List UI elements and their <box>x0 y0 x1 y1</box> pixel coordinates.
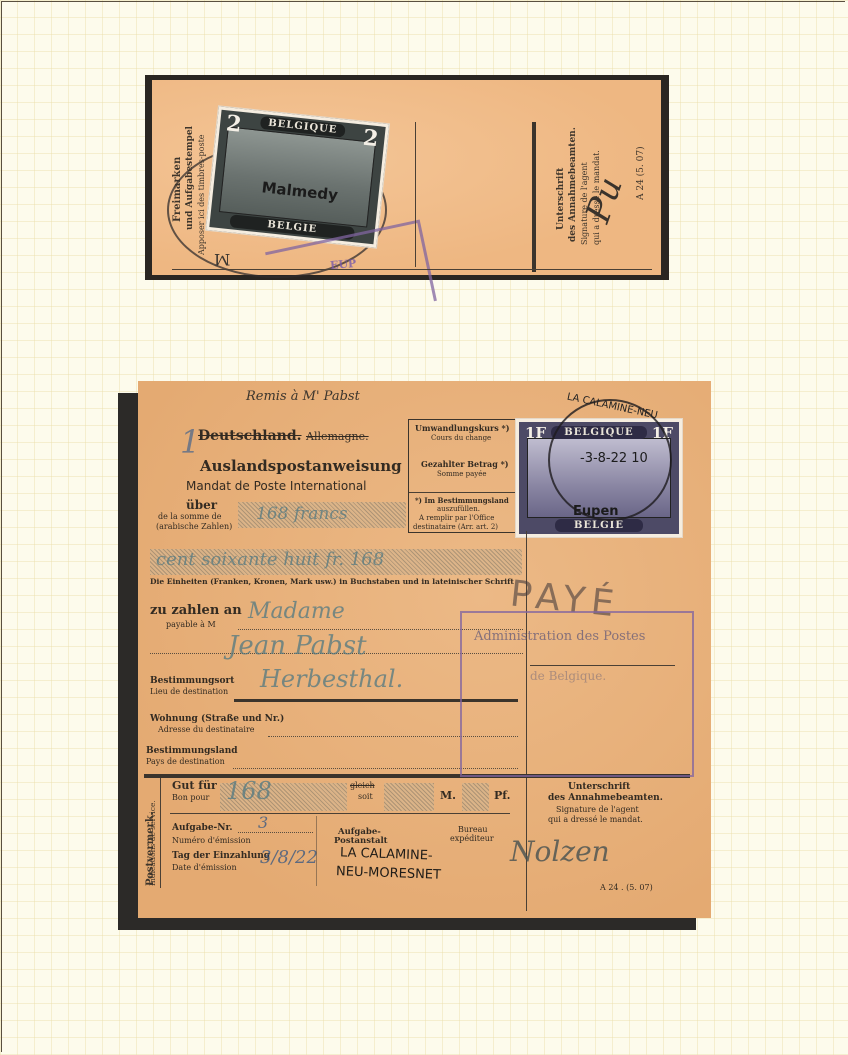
stamp-vignette <box>219 126 376 227</box>
issue-date-handwritten: 3/8/22 <box>260 847 318 868</box>
office-fr1: Bureau <box>458 825 488 834</box>
sig-fr1: Signature de l'agent <box>556 805 639 814</box>
fragment-form-code: A 24 (5. 07) <box>636 146 646 200</box>
exchange-note3: A remplir par l'Office <box>419 514 494 522</box>
country-fr: Allemagne. <box>306 430 369 443</box>
admin-cachet-line2: de Belgique. <box>530 669 606 683</box>
sig-label-de: Unterschrift <box>556 168 566 230</box>
exchange-note1: *) Im Bestimmungsland <box>415 496 509 505</box>
form-title-de: Auslandspostanweisung <box>200 457 402 475</box>
office-divider <box>316 816 317 886</box>
office-stamp-2: NEU-MORESNET <box>336 864 441 883</box>
exchange-line1-de: Umwandlungskurs *) <box>415 423 510 433</box>
sig-de1: Unterschrift <box>568 782 630 792</box>
form-code: A 24 . (5. 07) <box>600 883 653 892</box>
postmark-fragment-text: M <box>214 250 230 269</box>
stamp-value-right: 2 <box>362 125 380 152</box>
signature-rule <box>532 122 536 272</box>
destination-de: Bestimmungsort <box>150 676 234 686</box>
destination-fr: Lieu de destination <box>150 687 228 696</box>
cachet-line <box>530 665 675 666</box>
issue-no-handwritten: 3 <box>258 813 268 832</box>
exchange-line1-fr: Cours du change <box>431 434 491 442</box>
payee-handwritten-3: Herbesthal. <box>260 665 403 693</box>
address-de: Wohnung (Straße und Nr.) <box>150 714 284 724</box>
country-de: Deutschland. <box>198 428 302 444</box>
country-dest-fr: Pays de destination <box>146 757 225 766</box>
divider-line <box>415 122 416 267</box>
amount-label-fr1: de la somme de <box>158 512 222 521</box>
mark-label: M. <box>440 789 456 802</box>
amount-label-fr2: (arabische Zahlen) <box>156 522 232 531</box>
side-label-line2: und Aufgabestempel <box>185 126 195 230</box>
exchange-box: Umwandlungskurs *) Cours du change Gezah… <box>408 419 520 533</box>
amount-handwritten: 168 francs <box>256 504 348 524</box>
money-order-card: Remis à M' Pabst 1 Deutschland. Allemagn… <box>138 381 711 918</box>
amount-label-de: über <box>186 498 217 512</box>
sig-fr2: qui a dressé le mandat. <box>548 815 643 824</box>
service-side-fr: Indications de service. <box>148 800 157 886</box>
office-fr2: expéditeur <box>450 834 494 843</box>
postmark-date: -3-8-22 10 <box>580 451 648 466</box>
payee-label-fr: payable à M <box>166 620 216 629</box>
exchange-line2-de: Gezahlter Betrag *) <box>421 459 509 469</box>
issue-no-fr: Numéro d'émission <box>172 836 251 845</box>
sig-label-de2: des Annahmebeamten. <box>568 127 578 242</box>
stamp-country-bottom: BELGIE <box>555 519 643 532</box>
clerk-signature: Nolzen <box>510 835 610 868</box>
issue-no-de: Aufgabe-Nr. <box>172 823 233 833</box>
stamp-value-left: 2 <box>225 110 243 137</box>
units-note: Die Einheiten (Franken, Kronen, Mark usw… <box>150 577 514 586</box>
payee-handwritten-2: Jean Pabst <box>228 631 367 661</box>
fragment-card: M Freimarken und Aufgabestempel Apposer … <box>152 80 661 275</box>
admin-cachet-line1: Administration des Postes <box>474 629 645 644</box>
admin-cachet: Administration des Postes de Belgique. <box>460 611 694 777</box>
stamp-value-left: 1F <box>525 424 546 442</box>
side-label-line1: Freimarken <box>172 157 183 222</box>
amount-words-handwritten: cent soixante huit fr. 168 <box>156 549 384 570</box>
issue-date-fr: Date d'émission <box>172 863 237 872</box>
exchange-divider <box>409 492 519 493</box>
equal-fr: soit <box>358 792 373 801</box>
exchange-line2-fr: Somme payée <box>437 470 487 478</box>
sig-de2: des Annahmebeamten. <box>548 793 663 803</box>
handwritten-remark: Remis à M' Pabst <box>246 389 360 404</box>
side-label-line3: Apposer ici des timbres-poste <box>197 134 206 255</box>
equal-de: gleich <box>350 781 375 790</box>
exchange-note2: auszufüllen. <box>437 505 480 513</box>
bottom-line <box>172 269 652 270</box>
good-for-fr: Bon pour <box>172 793 209 802</box>
issue-no-line <box>238 832 313 833</box>
country-dest-de: Bestimmungsland <box>146 746 238 756</box>
office-stamp-1: LA CALAMINE- <box>340 845 433 863</box>
mark-field <box>384 783 434 811</box>
pf-field <box>462 783 489 811</box>
pf-label: Pf. <box>494 789 510 802</box>
good-for-line <box>170 813 510 814</box>
good-for-handwritten: 168 <box>226 777 272 805</box>
issue-date-de: Tag der Einzahlung <box>172 851 270 861</box>
exchange-note4: destinataire (Arr. art. 2) <box>413 523 498 531</box>
good-for-de: Gut für <box>172 779 217 792</box>
address-fr: Adresse du destinataire <box>158 725 255 734</box>
payee-label-de: zu zahlen an <box>150 603 242 618</box>
payee-handwritten-1: Madame <box>248 599 345 624</box>
malmedy-stamp: 2 2 BELGIQUE BELGIE Malmedy <box>206 106 389 247</box>
form-title-fr: Mandat de Poste International <box>186 479 367 493</box>
service-divider <box>160 778 161 888</box>
